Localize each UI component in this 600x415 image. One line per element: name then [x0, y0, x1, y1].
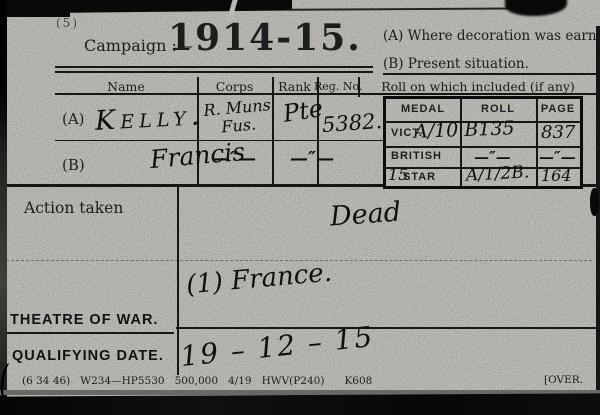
action-taken-label: Action taken: [24, 199, 123, 217]
column-header-corps: Corps: [197, 79, 272, 94]
corner-mark: (5): [56, 16, 79, 30]
scan-edge-bottom: [0, 393, 600, 415]
over-note: [OVER.: [544, 374, 583, 386]
row-a-label: (A): [62, 110, 85, 128]
column-header-name: Name: [55, 79, 197, 94]
scan-edge-top-left: [0, 8, 70, 17]
note-present-situation: (B) Present situation.: [383, 56, 529, 72]
note-where-earned: (A) Where decoration was earned.: [383, 28, 600, 44]
row-b-label: (B): [62, 156, 85, 174]
scan-blot-right: [590, 188, 599, 216]
rule-theatre-underline: [6, 332, 174, 334]
medal-roll-table: MEDAL ROLL PAGE VICT. A/10 B135 837 BRIT…: [383, 96, 583, 189]
medal-row-star-roll-handwriting: A/1/2B.: [466, 162, 530, 185]
scan-edge-left: [0, 0, 7, 402]
medal-row-star-label: STAR: [403, 171, 436, 183]
medal-row-british-label: BRITISH: [391, 150, 442, 162]
rule-campaign-bottom: [55, 71, 373, 73]
column-header-rank: Rank: [272, 79, 317, 94]
action-taken-handwriting: Dead: [329, 197, 402, 233]
column-header-reg-no: Reg. No.: [314, 80, 360, 93]
row-b-rank-ditto: —″—: [290, 148, 334, 169]
rule-above-qualifying: [176, 327, 600, 329]
campaign-value: 1914-15.: [168, 17, 362, 59]
row-a-corps-handwriting: R. Muns Fus.: [201, 96, 276, 139]
medal-table-header-page: PAGE: [536, 103, 580, 115]
row-a-reg-no-handwriting: 5382.: [321, 109, 383, 137]
medal-table-header-medal: MEDAL: [386, 103, 460, 115]
row-b-corps-ditto: —″—: [212, 148, 256, 169]
medal-table-header-roll: ROLL: [460, 103, 536, 115]
theatre-of-war-handwriting: (1) France.: [185, 258, 333, 301]
medal-row-victory-roll-handwriting: A/10 B135: [414, 117, 515, 142]
medal-index-card-scan: (5) Campaign :— 1914-15. (A) Where decor…: [0, 0, 600, 415]
row-a-name-handwriting: Kelly.: [94, 100, 205, 137]
rule-notes: [383, 73, 597, 75]
form-code: (6 34 46) W234—HP5530 500,000 4/19 HWV(P…: [22, 375, 372, 387]
medal-row-british-page-ditto: —″—: [539, 148, 576, 166]
rule-campaign-top: [55, 66, 373, 68]
qualifying-date-label: QUALIFYING DATE.: [12, 348, 164, 364]
medal-row-victory-page-handwriting: 837: [541, 122, 575, 143]
column-header-roll: Roll on which included (if any): [358, 79, 598, 94]
theatre-of-war-label: THEATRE OF WAR.: [10, 312, 158, 328]
medal-row-star-page-handwriting: 164: [541, 166, 572, 185]
scan-blot-top-right: [505, 0, 567, 16]
